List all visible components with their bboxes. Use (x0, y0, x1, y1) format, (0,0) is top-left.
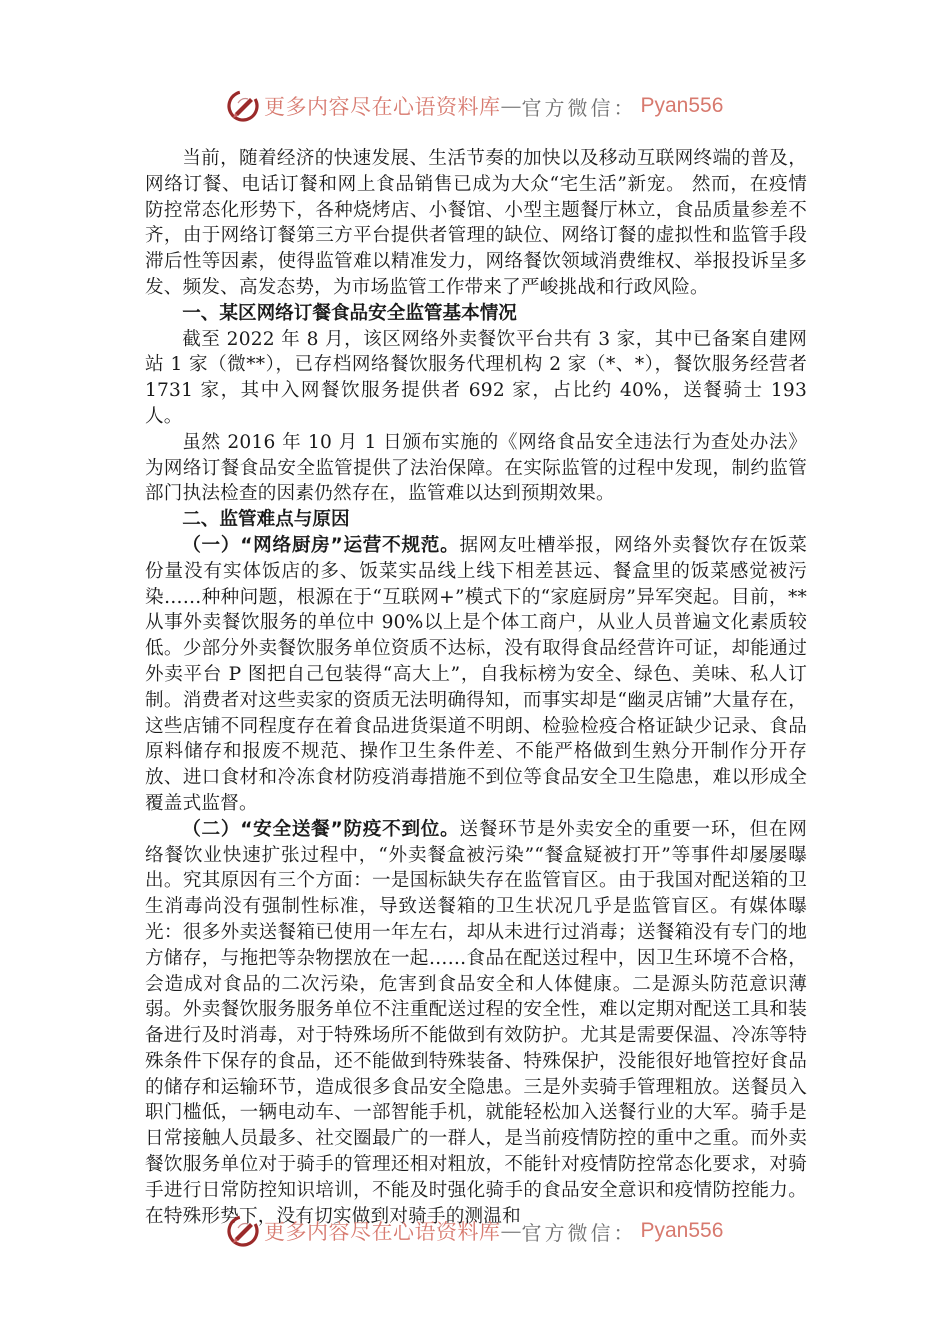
watermark-wechat-id: Pyan556 (641, 94, 724, 118)
quill-pen-logo-icon (226, 1214, 260, 1248)
watermark-dash: — (501, 1219, 522, 1243)
section-1-heading: 一、某区网络订餐食品安全监管基本情况 (145, 301, 807, 327)
section-1-paragraph-2: 虽然 2016 年 10 月 1 日颁布实施的《网络食品安全违法行为查处办法》为… (145, 430, 807, 507)
watermark-wechat-id: Pyan556 (641, 1219, 724, 1243)
section-2-heading: 二、监管难点与原因 (145, 507, 807, 533)
watermark-wechat-label: 官方微信： (522, 1217, 637, 1246)
watermark-brand-text: 更多内容尽在心语资料库 (264, 1216, 501, 1246)
section-2-item-1: （一）“网络厨房”运营不规范。据网友吐槽举报，网络外卖餐饮存在饭菜份量没有实体饭… (145, 533, 807, 817)
header-watermark-banner: 更多内容尽在心语资料库 — 官方微信： Pyan556 (226, 86, 726, 126)
document-body: 当前，随着经济的快速发展、生活节奏的加快以及移动互联网终端的普及，网络订餐、电话… (145, 146, 807, 1229)
footer-watermark-banner: 更多内容尽在心语资料库 — 官方微信： Pyan556 (226, 1211, 726, 1251)
watermark-wechat-label: 官方微信： (522, 92, 637, 121)
section-2-item-2: （二）“安全送餐”防疫不到位。送餐环节是外卖安全的重要一环，但在网络餐饮业快速扩… (145, 817, 807, 1230)
section-2-item-2-lead: （二）“安全送餐”防疫不到位。 (182, 819, 459, 840)
section-2-item-1-lead: （一）“网络厨房”运营不规范。 (182, 535, 459, 556)
intro-paragraph: 当前，随着经济的快速发展、生活节奏的加快以及移动互联网终端的普及，网络订餐、电话… (145, 146, 807, 301)
watermark-dash: — (501, 94, 522, 118)
watermark-brand-text: 更多内容尽在心语资料库 (264, 91, 501, 121)
section-2-item-2-body: 送餐环节是外卖安全的重要一环，但在网络餐饮业快速扩张过程中，“外卖餐盒被污染”“… (145, 819, 807, 1227)
quill-pen-logo-icon (226, 89, 260, 123)
section-2-item-1-body: 据网友吐槽举报，网络外卖餐饮存在饭菜份量没有实体饭店的多、饭菜实品线上线下相差甚… (145, 535, 807, 814)
section-1-paragraph-1: 截至 2022 年 8 月，该区网络外卖餐饮平台共有 3 家，其中已备案自建网站… (145, 327, 807, 430)
